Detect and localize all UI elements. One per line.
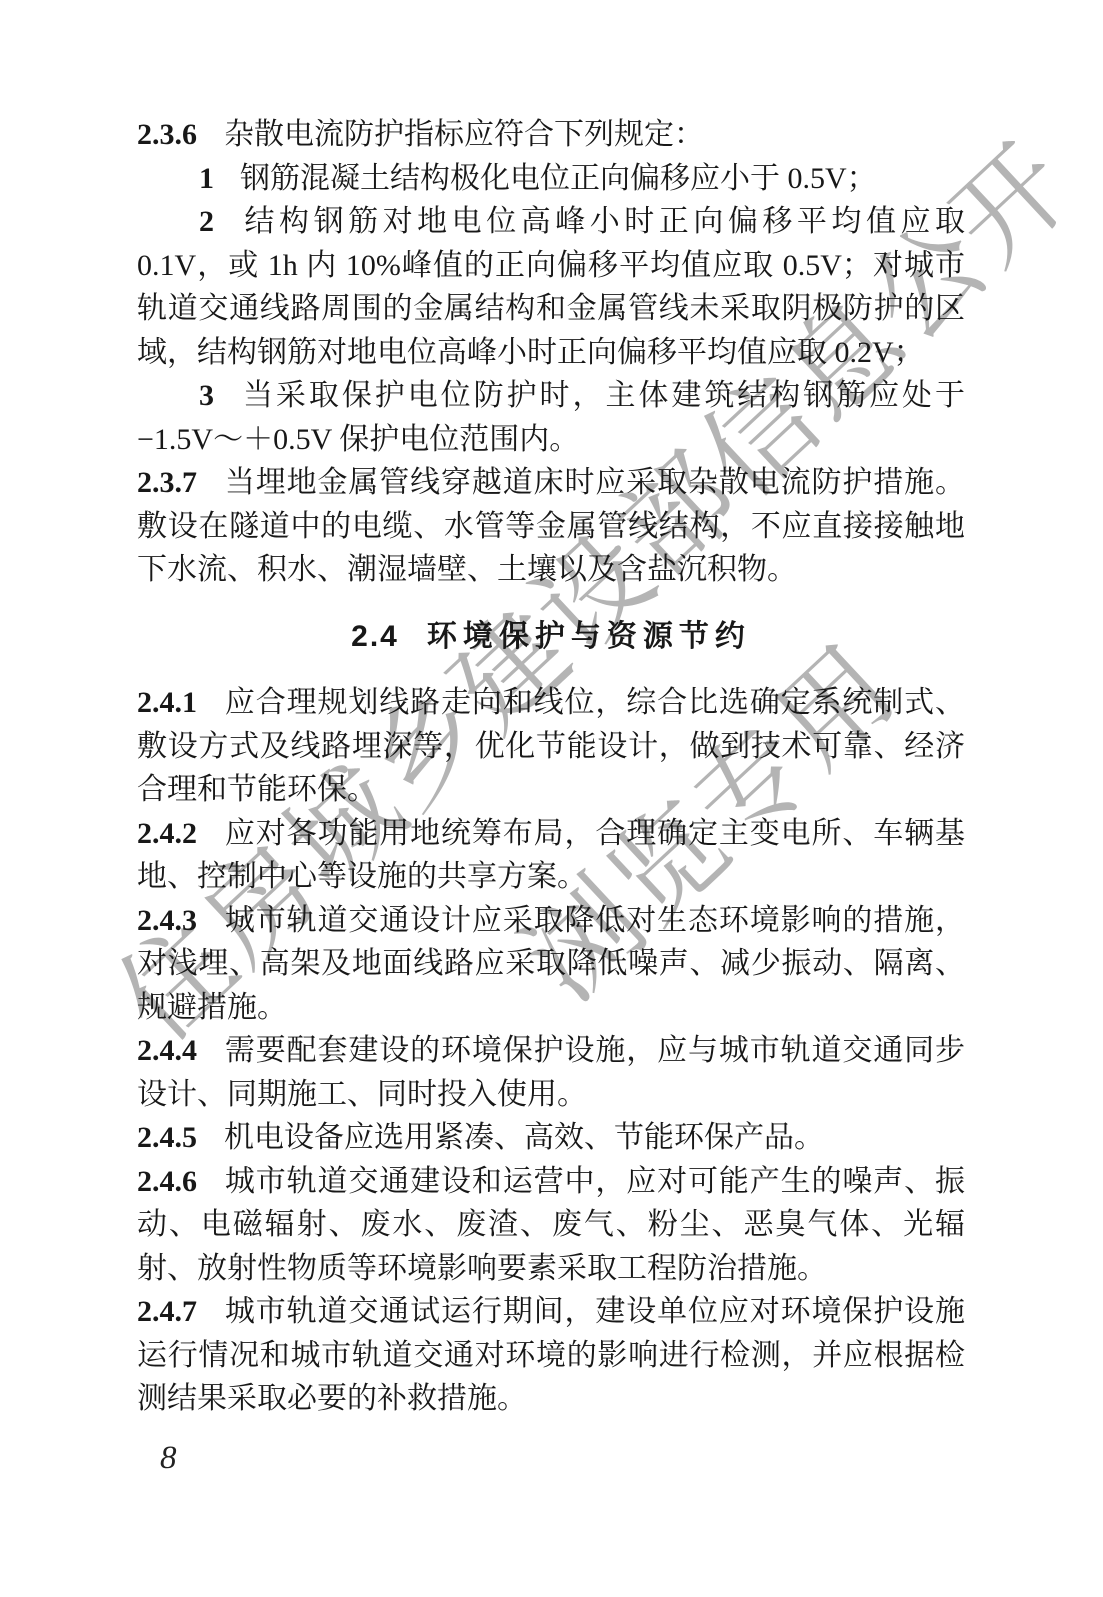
clause-2-4-2: 2.4.2应对各功能用地统筹布局，合理确定主变电所、车辆基地、控制中心等设施的共…: [137, 812, 965, 899]
sub-item-text: 当采取保护电位防护时，主体建筑结构钢筋应处于 −1.5V～＋0.5V 保护电位范…: [137, 379, 965, 456]
clause-text: 城市轨道交通设计应采取降低对生态环境影响的措施，对浅埋、高架及地面线路应采取降低…: [137, 904, 965, 1024]
clause-text: 杂散电流防护指标应符合下列规定：: [224, 118, 704, 151]
clause-number: 2.4.4: [137, 1034, 197, 1067]
sub-item-number: 1: [199, 162, 214, 195]
clause-2-4-3: 2.4.3城市轨道交通设计应采取降低对生态环境影响的措施，对浅埋、高架及地面线路…: [137, 899, 965, 1030]
clause-number: 2.4.7: [137, 1295, 197, 1328]
sub-item-text: 结构钢筋对地电位高峰小时正向偏移平均值应取 0.1V，或 1h 内 10%峰值的…: [137, 205, 965, 369]
clause-text: 城市轨道交通建设和运营中，应对可能产生的噪声、振动、电磁辐射、废水、废渣、废气、…: [137, 1165, 965, 1285]
clause-2-4-6: 2.4.6城市轨道交通建设和运营中，应对可能产生的噪声、振动、电磁辐射、废水、废…: [137, 1160, 965, 1291]
clause-text: 当埋地金属管线穿越道床时应采取杂散电流防护措施。敷设在隧道中的电缆、水管等金属管…: [137, 466, 965, 586]
clause-text: 应对各功能用地统筹布局，合理确定主变电所、车辆基地、控制中心等设施的共享方案。: [137, 817, 965, 894]
text-column: 2.3.6杂散电流防护指标应符合下列规定： 1钢筋混凝土结构极化电位正向偏移应小…: [137, 113, 965, 1421]
clause-2-4-7: 2.4.7城市轨道交通试运行期间，建设单位应对环境保护设施运行情况和城市轨道交通…: [137, 1290, 965, 1421]
clause-number: 2.3.7: [137, 466, 197, 499]
clause-text: 应合理规划线路走向和线位，综合比选确定系统制式、敷设方式及线路埋深等，优化节能设…: [137, 686, 965, 806]
sub-item-1: 1钢筋混凝土结构极化电位正向偏移应小于 0.5V；: [137, 157, 965, 201]
document-page: 住房城乡建设部信息公开 浏览专用 2.3.6杂散电流防护指标应符合下列规定： 1…: [0, 0, 1103, 1597]
clause-text: 城市轨道交通试运行期间，建设单位应对环境保护设施运行情况和城市轨道交通对环境的影…: [137, 1295, 965, 1415]
sub-item-text: 钢筋混凝土结构极化电位正向偏移应小于 0.5V；: [240, 162, 877, 195]
clause-2-3-6: 2.3.6杂散电流防护指标应符合下列规定：: [137, 113, 965, 157]
clause-number: 2.4.6: [137, 1165, 197, 1198]
sub-item-number: 3: [199, 379, 214, 412]
section-title: 环境保护与资源节约: [427, 620, 751, 653]
clause-2-4-4: 2.4.4需要配套建设的环境保护设施，应与城市轨道交通同步设计、同期施工、同时投…: [137, 1029, 965, 1116]
clause-text: 需要配套建设的环境保护设施，应与城市轨道交通同步设计、同期施工、同时投入使用。: [137, 1034, 965, 1111]
clause-2-3-7: 2.3.7当埋地金属管线穿越道床时应采取杂散电流防护措施。敷设在隧道中的电缆、水…: [137, 461, 965, 592]
clause-2-4-1: 2.4.1应合理规划线路走向和线位，综合比选确定系统制式、敷设方式及线路埋深等，…: [137, 681, 965, 812]
sub-item-2: 2结构钢筋对地电位高峰小时正向偏移平均值应取 0.1V，或 1h 内 10%峰值…: [137, 200, 965, 374]
sub-item-3: 3当采取保护电位防护时，主体建筑结构钢筋应处于 −1.5V～＋0.5V 保护电位…: [137, 374, 965, 461]
clause-text: 机电设备应选用紧凑、高效、节能环保产品。: [224, 1121, 824, 1154]
clause-number: 2.4.1: [137, 686, 197, 719]
section-heading: 2.4环境保护与资源节约: [137, 615, 965, 659]
sub-item-number: 2: [199, 205, 214, 238]
clause-number: 2.3.6: [137, 118, 197, 151]
clause-number: 2.4.5: [137, 1121, 197, 1154]
page-number: 8: [160, 1440, 177, 1477]
clause-number: 2.4.2: [137, 817, 197, 850]
clause-number: 2.4.3: [137, 904, 197, 937]
section-number: 2.4: [351, 620, 399, 653]
clause-2-4-5: 2.4.5机电设备应选用紧凑、高效、节能环保产品。: [137, 1116, 965, 1160]
